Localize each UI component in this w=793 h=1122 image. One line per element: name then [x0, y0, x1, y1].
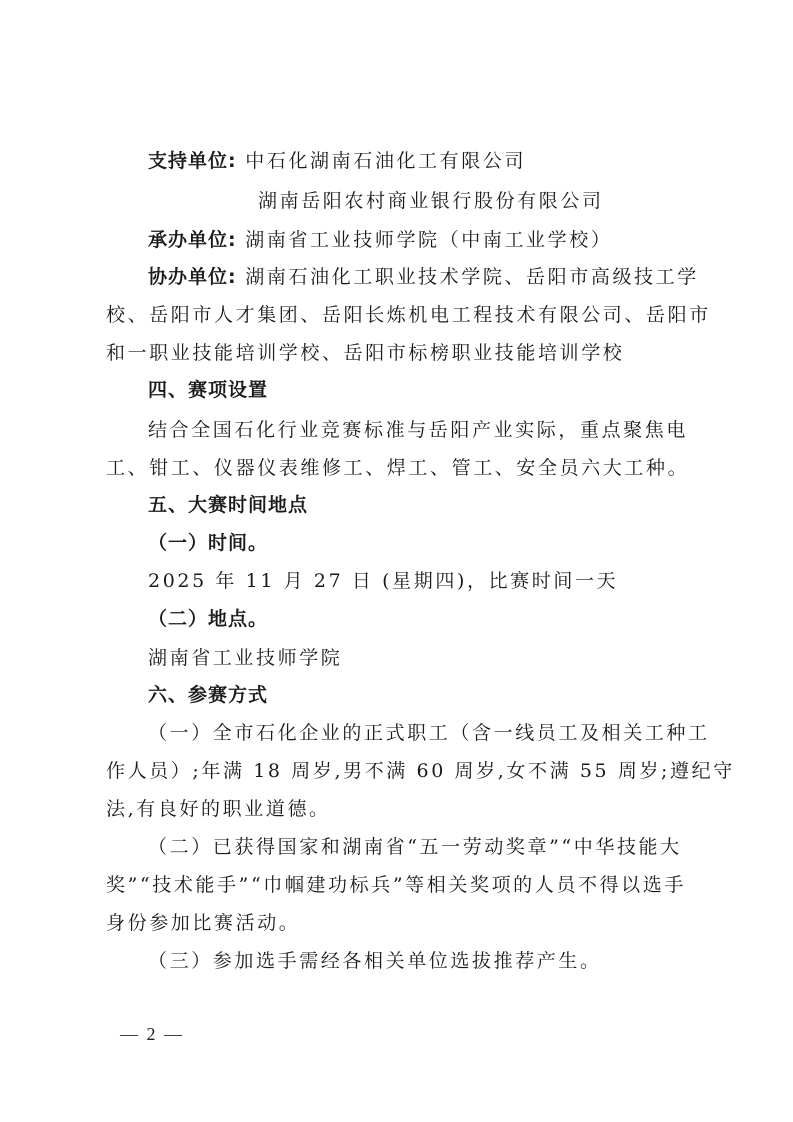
page-number: — 2 —	[120, 1024, 184, 1045]
section-4-heading: 四、赛项设置	[148, 379, 268, 401]
section-6-p2-line-2: 奖”“技术能手”“巾帼建功标兵”等相关奖项的人员不得以选手	[106, 874, 686, 896]
co-organizers-row: 协办单位: 湖南石油化工职业技术学院、岳阳市高级技工学	[148, 266, 699, 288]
section-6-p3-line-1: （三）参加选手需经各相关单位选拔推荐产生。	[148, 950, 602, 972]
support-unit-1: 中石化湖南石油化工有限公司	[245, 150, 526, 172]
co-organizers-line-1: 湖南石油化工职业技术学院、岳阳市高级技工学	[245, 266, 699, 288]
host-unit-row: 承办单位: 湖南省工业技师学院（中南工业学校）	[148, 229, 612, 251]
section-5-location-heading: （二）地点。	[148, 608, 268, 630]
section-6-p1-line-1: （一）全市石化企业的正式职工（含一线员工及相关工种工	[148, 722, 710, 744]
section-5-location-text: 湖南省工业技师学院	[148, 647, 342, 669]
co-organizers-label: 协办单位:	[148, 266, 237, 288]
support-units-label: 支持单位:	[148, 150, 237, 172]
section-5-heading: 五、大赛时间地点	[148, 494, 308, 516]
section-4-text-1: 结合全国石化行业竞赛标准与岳阳产业实际，重点聚焦电	[148, 419, 688, 441]
support-units-row: 支持单位: 中石化湖南石油化工有限公司	[148, 150, 526, 172]
section-5-time-heading: （一）时间。	[148, 532, 268, 554]
section-6-p1-line-2: 作人员）;年满 18 周岁,男不满 60 周岁,女不满 55 周岁;遵纪守	[106, 760, 735, 782]
support-unit-2: 湖南岳阳农村商业银行股份有限公司	[258, 190, 604, 212]
section-4-text-2: 工、钳工、仪器仪表维修工、焊工、管工、安全员六大工种。	[106, 457, 689, 479]
section-6-heading: 六、参赛方式	[148, 684, 268, 706]
host-unit-value: 湖南省工业技师学院（中南工业学校）	[245, 229, 612, 251]
section-6-p2-line-1: （二）已获得国家和湖南省“五一劳动奖章”“中华技能大	[148, 836, 682, 858]
co-organizers-line-3: 和一职业技能培训学校、岳阳市标榜职业技能培训学校	[106, 342, 624, 364]
section-6-p1-line-3: 法,有良好的职业道德。	[106, 798, 331, 820]
co-organizers-line-2: 校、岳阳市人才集团、岳阳长炼机电工程技术有限公司、岳阳市	[106, 304, 711, 326]
host-unit-label: 承办单位:	[148, 229, 237, 251]
document-page: 支持单位: 中石化湖南石油化工有限公司 湖南岳阳农村商业银行股份有限公司 承办单…	[0, 0, 793, 1122]
section-6-p2-line-3: 身份参加比赛活动。	[106, 912, 300, 934]
section-5-time-text: 2025 年 11 月 27 日 (星期四)，比赛时间一天	[148, 570, 618, 592]
